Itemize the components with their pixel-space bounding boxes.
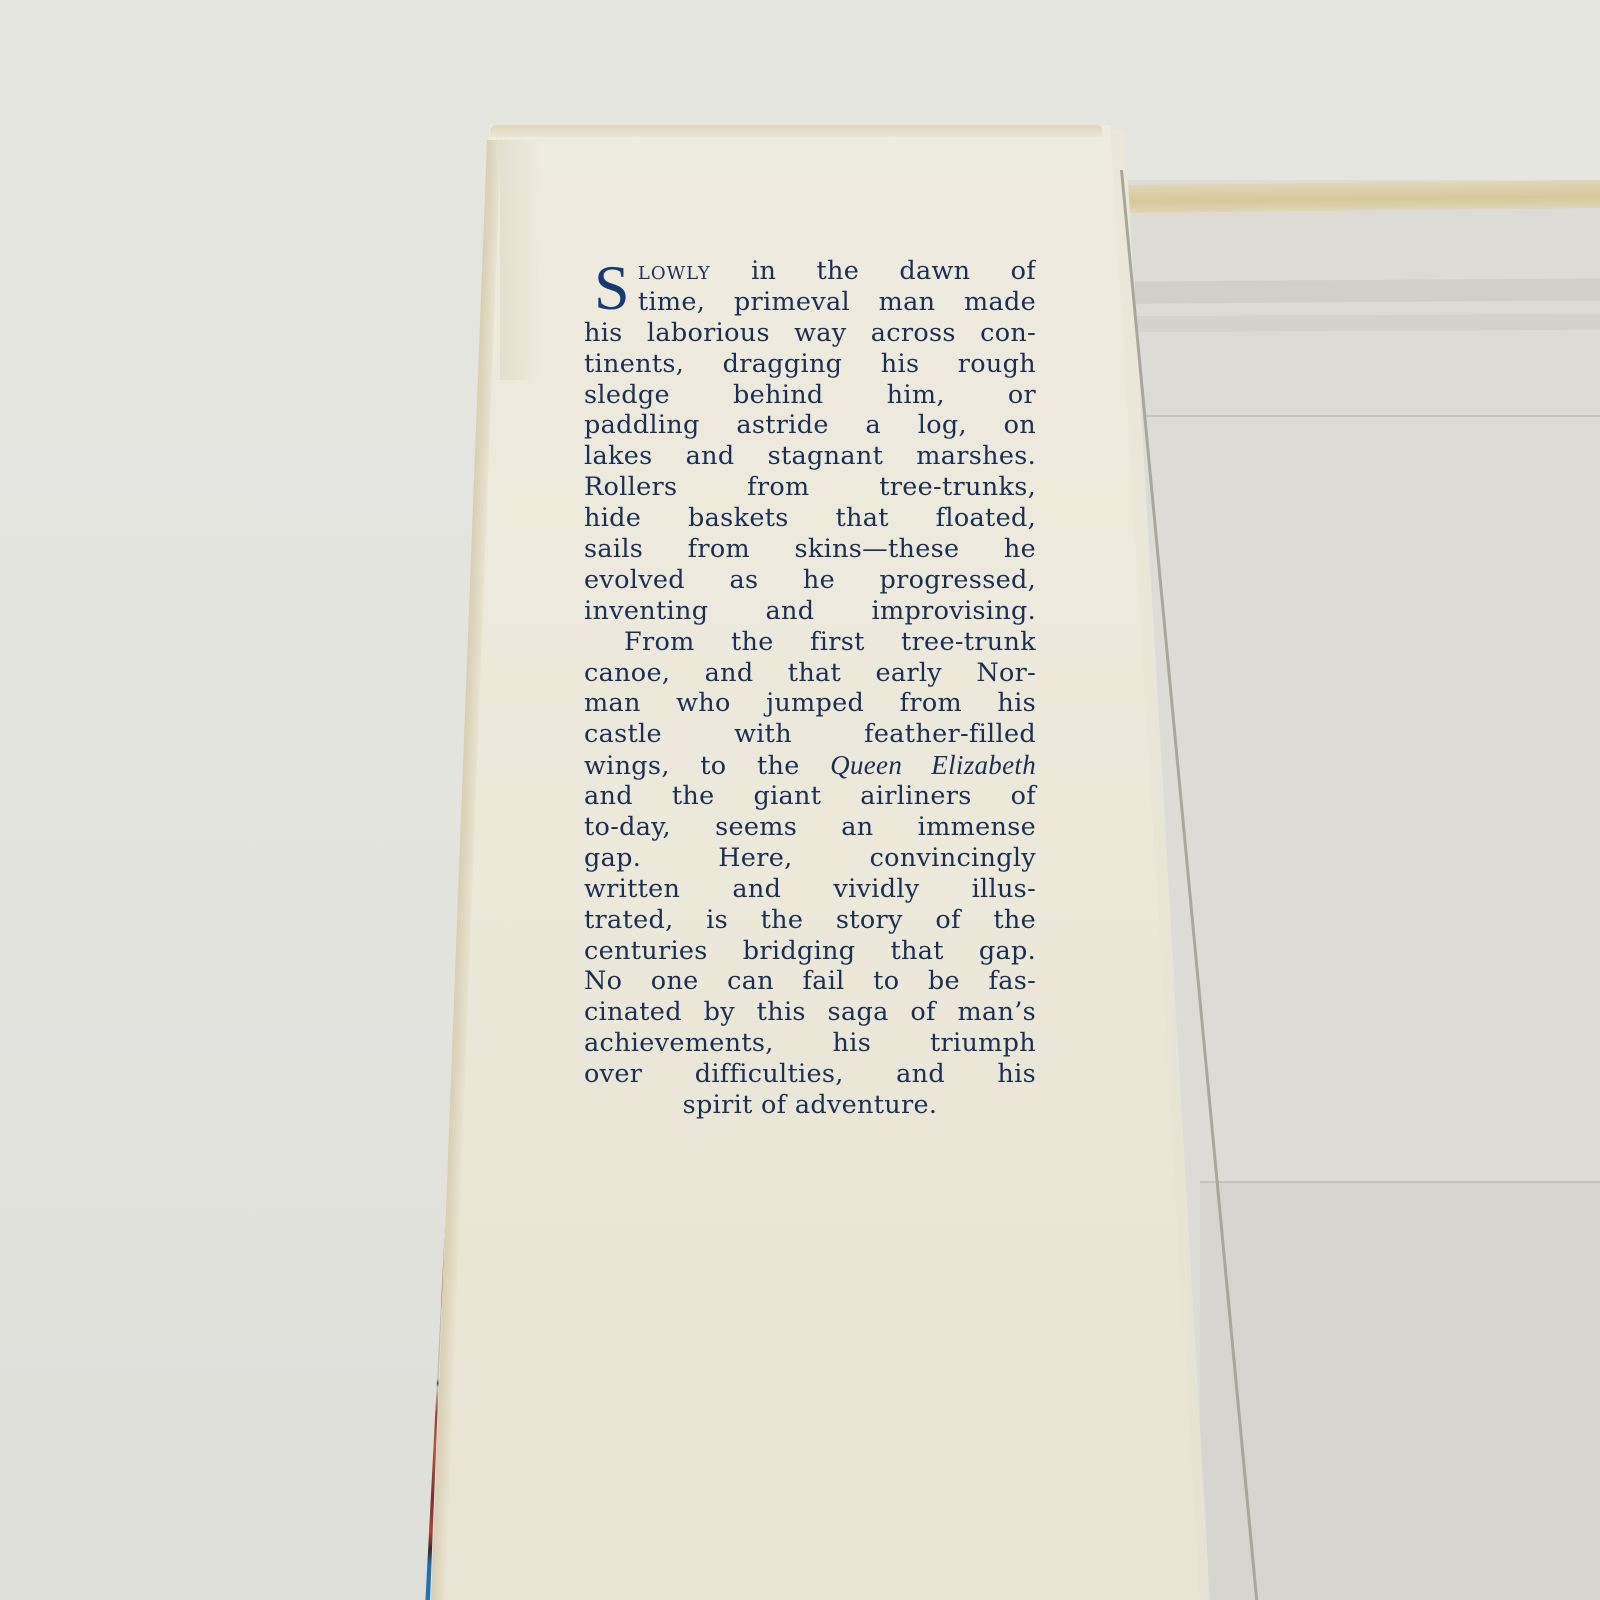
blurb-line: lowly in the dawn of — [584, 256, 1036, 287]
blurb-line: tinents, dragging his rough — [584, 349, 1036, 380]
blurb-line-text: in the dawn of — [751, 256, 1036, 286]
flap-worn-top-edge — [490, 125, 1102, 137]
blurb-line: canoe, and that early Nor- — [584, 658, 1036, 689]
blurb-line: over difficulties, and his — [584, 1059, 1036, 1090]
blurb-line: gap. Here, convincingly — [584, 843, 1036, 874]
blurb-line: From the first tree-trunk — [584, 627, 1036, 658]
tape-stain — [1128, 180, 1600, 213]
blurb-line: to-day, seems an immense — [584, 812, 1036, 843]
drop-cap: S — [594, 262, 630, 314]
blurb-text: S lowly in the dawn of time, primeval ma… — [584, 256, 1036, 1121]
blurb-line: wings, to the Queen Elizabeth — [584, 750, 1036, 781]
blurb-line: centuries bridging that gap. — [584, 936, 1036, 967]
blurb-line: evolved as he progressed, — [584, 565, 1036, 596]
blurb-line: castle with feather-filled — [584, 719, 1036, 750]
blurb-line: spirit of adventure. — [584, 1090, 1036, 1121]
blurb-line: his laborious way across con- — [584, 318, 1036, 349]
blurb-line-text: wings, to the — [584, 751, 800, 781]
blurb-line: time, primeval man made — [584, 287, 1036, 318]
photo-scene: S lowly in the dawn of time, primeval ma… — [0, 0, 1600, 1600]
blurb-line: written and vividly illus- — [584, 874, 1036, 905]
blurb-line: sails from skins—these he — [584, 534, 1036, 565]
blurb-line: hide baskets that floated, — [584, 503, 1036, 534]
blurb-line: trated, is the story of the — [584, 905, 1036, 936]
blurb-line: paddling astride a log, on — [584, 410, 1036, 441]
blurb-line: achievements, his triumph — [584, 1028, 1036, 1059]
blurb-line: Rollers from tree-trunks, — [584, 472, 1036, 503]
smallcaps-opening: lowly — [638, 256, 711, 286]
board-stain — [1135, 278, 1600, 303]
blurb-line: lakes and stagnant marshes. — [584, 441, 1036, 472]
italic-ship-name: Queen Elizabeth — [830, 750, 1036, 780]
blurb-line: sledge behind him, or — [584, 380, 1036, 411]
flap-crease — [500, 140, 540, 380]
board-edge-line — [1145, 415, 1600, 417]
board-lower-panel — [1200, 1183, 1600, 1600]
opening-block: S lowly in the dawn of time, primeval ma… — [584, 256, 1036, 318]
blurb-line: No one can fail to be fas- — [584, 966, 1036, 997]
blurb-line: cinated by this saga of man’s — [584, 997, 1036, 1028]
blurb-line: man who jumped from his — [584, 688, 1036, 719]
blurb-line: and the giant airliners of — [584, 781, 1036, 812]
blurb-line: inventing and improvising. — [584, 596, 1036, 627]
board-stain — [1135, 314, 1600, 332]
